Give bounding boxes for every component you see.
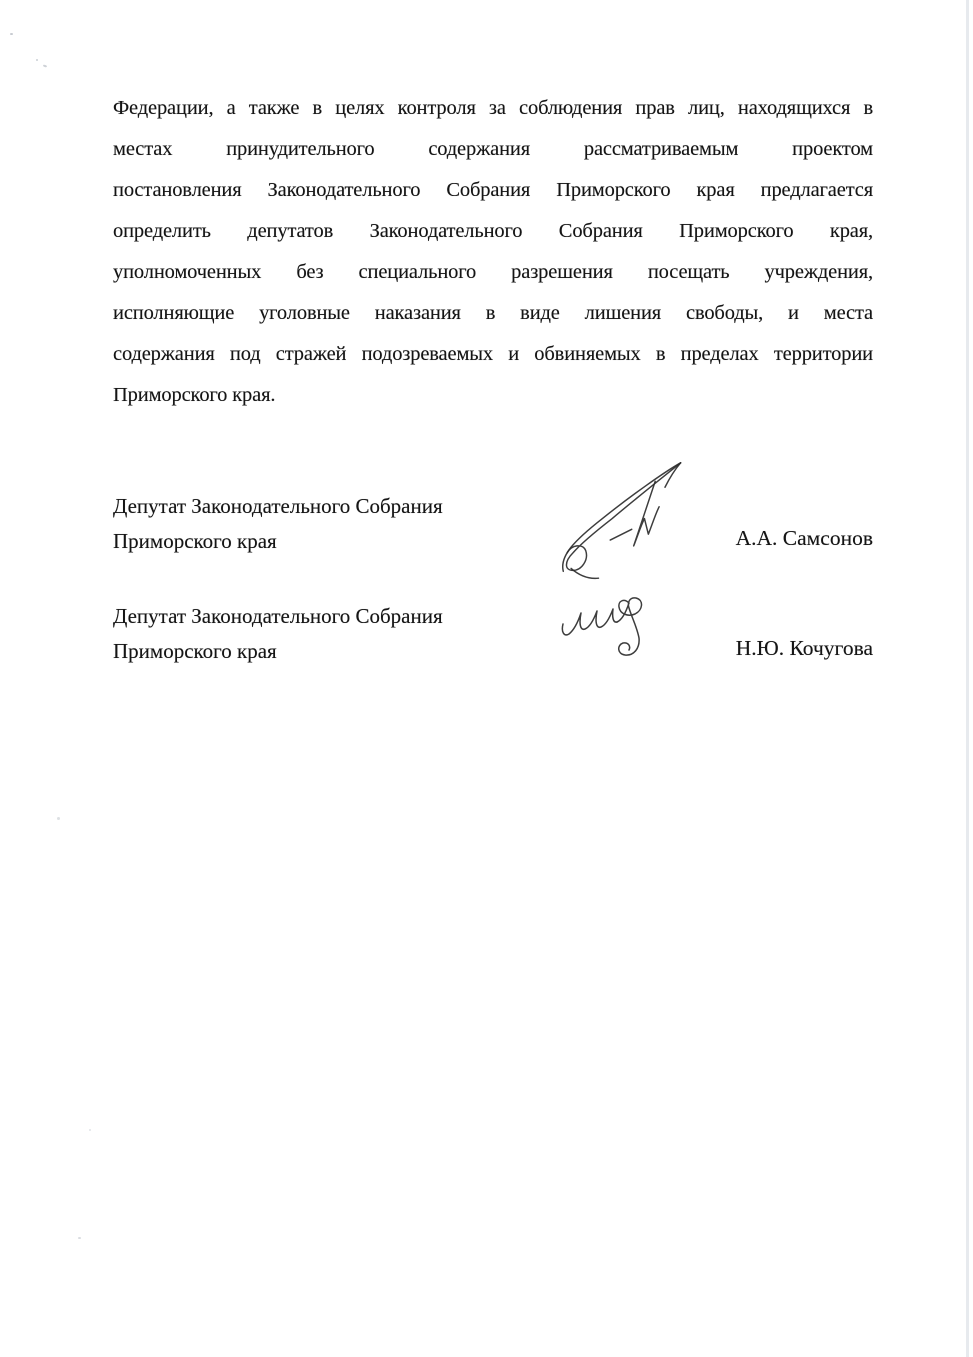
scan-speckle: [57, 817, 60, 820]
signatory-name-2: Н.Ю. Кочугова: [573, 636, 873, 660]
text-line: определить депутатов Законодательного Со…: [113, 211, 873, 252]
text-line: уполномоченных без специального разрешен…: [113, 252, 873, 293]
signatory-title-1: Депутат Законодательного Собрания Примор…: [113, 489, 513, 558]
scan-speckle: [89, 1129, 91, 1131]
signatory-title-line: Приморского края: [113, 634, 513, 669]
scan-speckle: [36, 59, 38, 61]
signatory-title-line: Приморского края: [113, 524, 513, 559]
samsonov-signature-icon: [550, 454, 690, 586]
text-line: Федерации, а также в целях контроля за с…: [113, 88, 873, 129]
signatory-name-1: А.А. Самсонов: [573, 526, 873, 550]
scan-speckle: [78, 1237, 81, 1239]
scan-speckle: [43, 64, 47, 67]
signatory-title-line: Депутат Законодательного Собрания: [113, 489, 513, 524]
text-line: Приморского края.: [113, 375, 873, 416]
document-page: Федерации, а также в целях контроля за с…: [0, 0, 973, 1357]
scan-speckle: [10, 33, 13, 35]
body-paragraph: Федерации, а также в целях контроля за с…: [113, 88, 873, 416]
text-line: исполняющие уголовные наказания в виде л…: [113, 293, 873, 334]
text-line: местах принудительного содержания рассма…: [113, 129, 873, 170]
text-line: постановления Законодательного Собрания …: [113, 170, 873, 211]
signatory-title-2: Депутат Законодательного Собрания Примор…: [113, 599, 513, 668]
text-line: содержания под стражей подозреваемых и о…: [113, 334, 873, 375]
signatory-title-line: Депутат Законодательного Собрания: [113, 599, 513, 634]
scan-edge-line: [966, 0, 969, 1357]
